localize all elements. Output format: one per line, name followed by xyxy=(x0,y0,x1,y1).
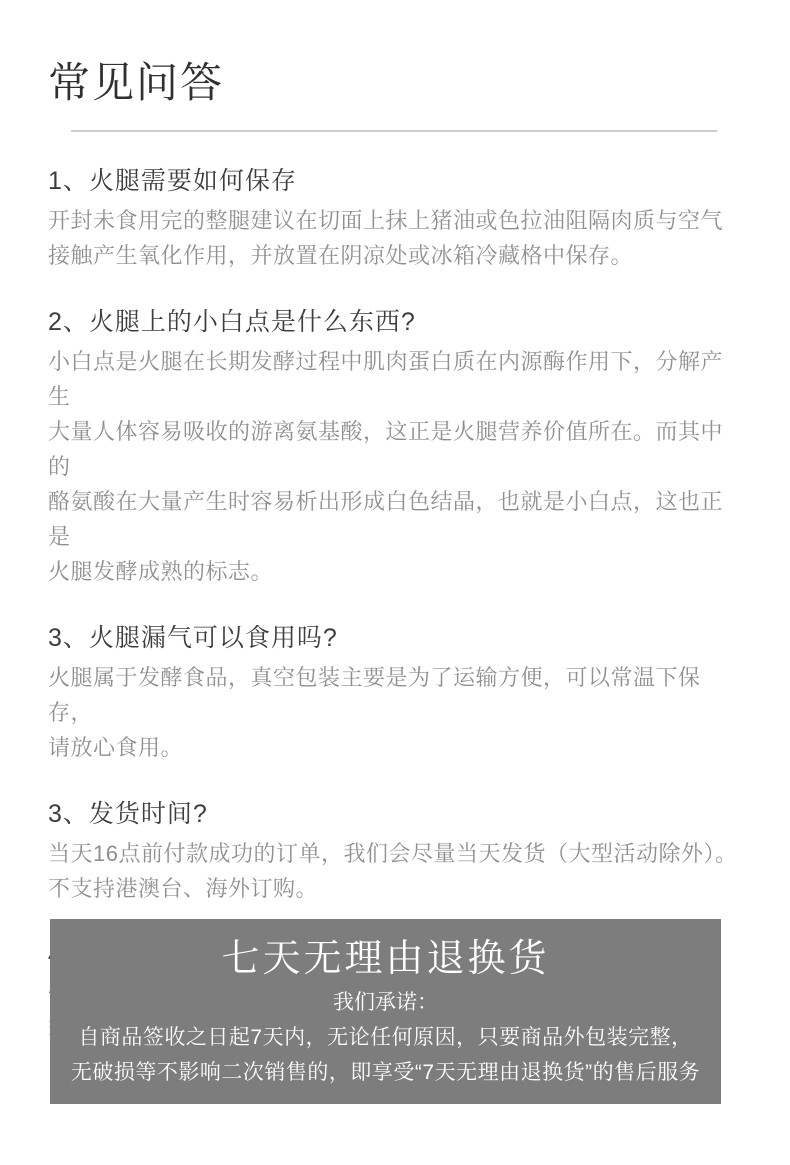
title-divider xyxy=(71,130,717,132)
faq-page: 常见问答 1、火腿需要如何保存 开封未食用完的整腿建议在切面上抹上猪油或色拉油阻… xyxy=(0,0,790,1165)
guarantee-banner: 七天无理由退换货 我们承诺： 自商品签收之日起7天内，无论任何原因，只要商品外包… xyxy=(50,919,721,1104)
faq-item: 2、火腿上的小白点是什么东西? 小白点是火腿在长期发酵过程中肌肉蛋白质在内源酶作… xyxy=(48,307,742,589)
faq-item: 3、发货时间? 当天16点前付款成功的订单，我们会尽量当天发货（大型活动除外）。… xyxy=(48,799,742,906)
faq-answer: 小白点是火腿在长期发酵过程中肌肉蛋白质在内源酶作用下，分解产生 大量人体容易吸收… xyxy=(48,344,742,589)
faq-answer: 火腿属于发酵食品，真空包装主要是为了运输方便，可以常温下保存， 请放心食用。 xyxy=(48,660,742,765)
faq-section: 1、火腿需要如何保存 开封未食用完的整腿建议在切面上抹上猪油或色拉油阻隔肉质与空… xyxy=(48,166,742,1047)
faq-answer: 开封未食用完的整腿建议在切面上抹上猪油或色拉油阻隔肉质与空气 接触产生氧化作用，… xyxy=(48,203,742,273)
guarantee-body: 自商品签收之日起7天内，无论任何原因，只要商品外包装完整， 无破损等不影响二次销… xyxy=(60,1020,711,1090)
guarantee-title: 七天无理由退换货 xyxy=(60,935,711,983)
guarantee-subtitle: 我们承诺： xyxy=(60,985,711,1020)
faq-question: 3、火腿漏气可以食用吗? xyxy=(48,623,742,653)
faq-content: 常见问答 1、火腿需要如何保存 开封未食用完的整腿建议在切面上抹上猪油或色拉油阻… xyxy=(0,0,790,1047)
faq-item: 1、火腿需要如何保存 开封未食用完的整腿建议在切面上抹上猪油或色拉油阻隔肉质与空… xyxy=(48,166,742,273)
page-title: 常见问答 xyxy=(48,58,740,108)
faq-question: 1、火腿需要如何保存 xyxy=(48,166,742,196)
faq-question: 3、发货时间? xyxy=(48,799,742,829)
faq-question: 2、火腿上的小白点是什么东西? xyxy=(48,307,742,337)
faq-item: 3、火腿漏气可以食用吗? 火腿属于发酵食品，真空包装主要是为了运输方便，可以常温… xyxy=(48,623,742,765)
faq-answer: 当天16点前付款成功的订单，我们会尽量当天发货（大型活动除外）。 不支持港澳台、… xyxy=(48,836,742,906)
